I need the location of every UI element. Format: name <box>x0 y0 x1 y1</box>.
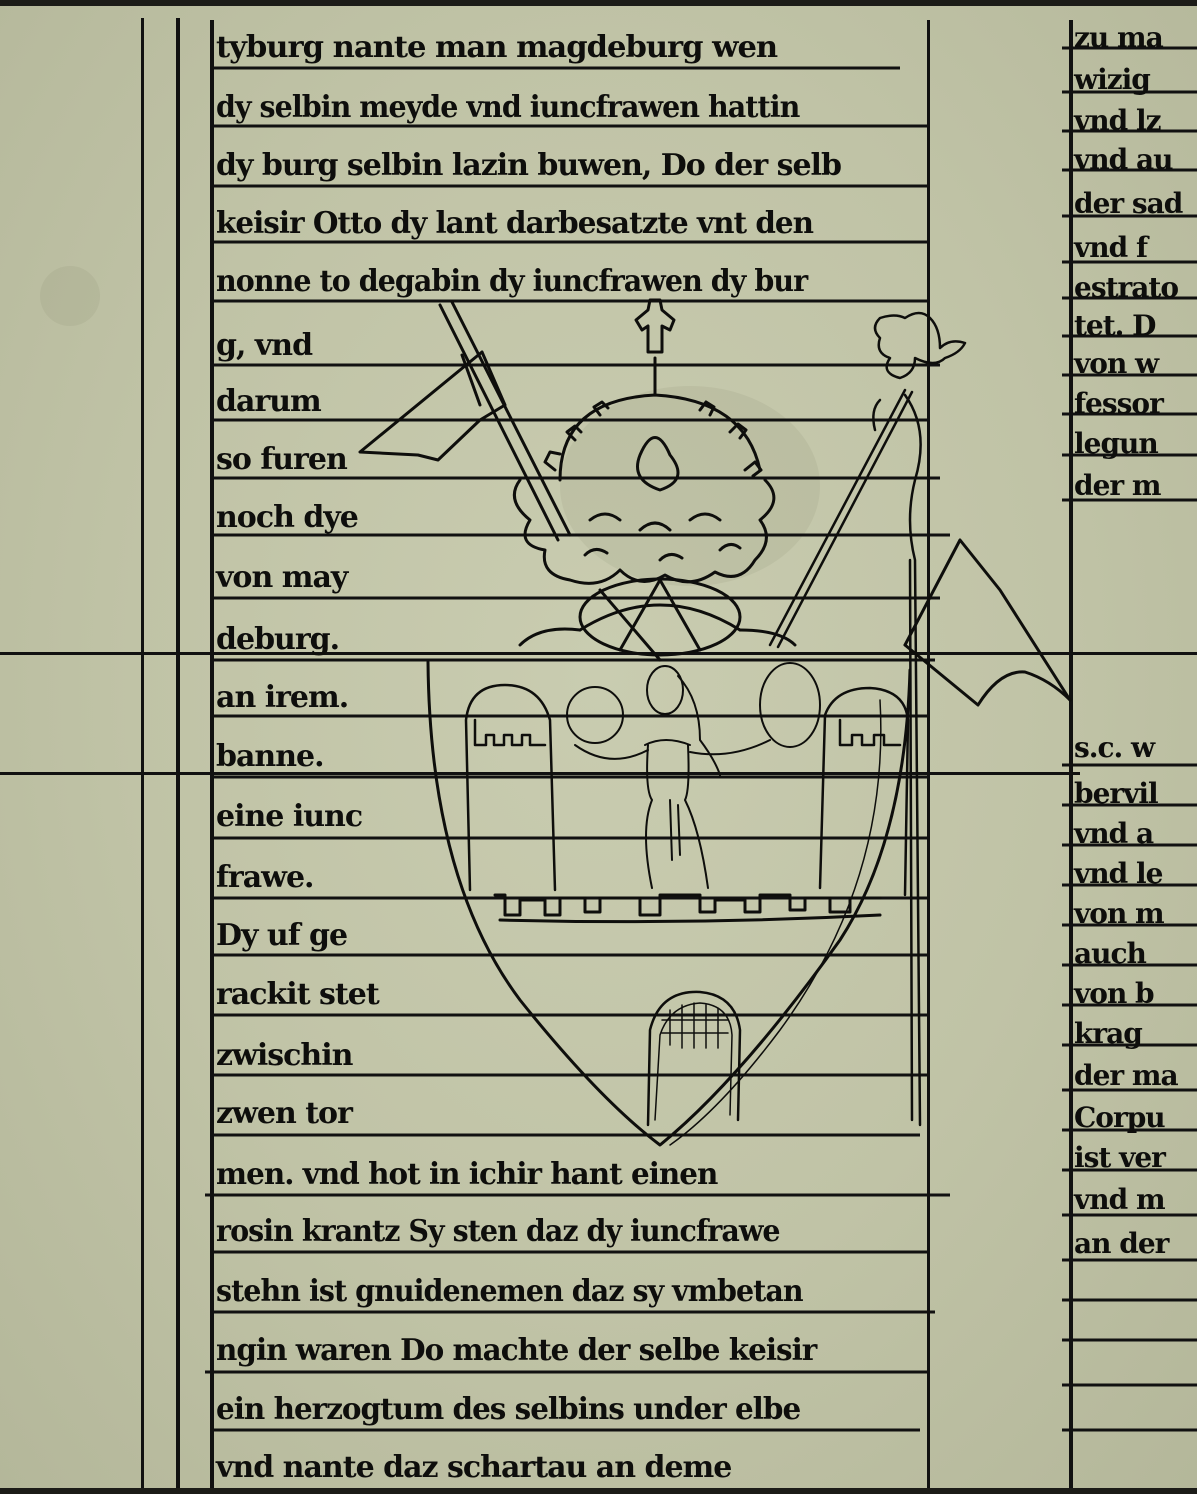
text-fragment: vnd le <box>1074 856 1162 892</box>
text-line: stehn ist gnuidenemen daz sy vmbetan <box>216 1274 803 1310</box>
text-line-narrow: frawe. <box>216 860 314 896</box>
text-fragment: wizig <box>1074 62 1150 98</box>
text-line-narrow: rackit stet <box>216 977 379 1013</box>
crown-with-cross <box>514 300 795 660</box>
text-line: rosin krantz Sy sten daz dy iuncfrawe <box>216 1214 780 1250</box>
text-line-narrow: an irem. <box>216 680 348 716</box>
text-fragment: tet. D <box>1074 308 1155 344</box>
text-line-narrow: noch dye <box>216 500 358 536</box>
text-fragment: Corpu <box>1074 1100 1165 1136</box>
text-fragment: s.c. w <box>1074 730 1154 766</box>
text-line-narrow: zwen tor <box>216 1096 352 1132</box>
text-line-narrow: von may <box>216 560 347 596</box>
text-fragment: krag <box>1074 1016 1142 1052</box>
text-fragment: vnd a <box>1074 816 1153 852</box>
text-line: dy burg selbin lazin buwen, Do der selb <box>216 148 841 184</box>
text-line-narrow: darum <box>216 384 321 420</box>
heraldic-shield <box>428 662 910 1145</box>
manuscript-page: tyburg nante man magdeburg wen dy selbin… <box>0 6 1197 1488</box>
text-fragment: auch <box>1074 936 1146 972</box>
text-line: ein herzogtum des selbins under elbe <box>216 1392 800 1428</box>
text-fragment: von w <box>1074 346 1158 382</box>
text-line-narrow: g, vnd <box>216 328 312 364</box>
text-fragment: der sad <box>1074 186 1182 222</box>
text-line: ngin waren Do machte der selbe keisir <box>216 1333 816 1369</box>
text-line-narrow: zwischin <box>216 1038 352 1074</box>
text-line-narrow: Dy uf ge <box>216 918 347 954</box>
text-fragment: der m <box>1074 468 1161 504</box>
text-fragment: der ma <box>1074 1058 1178 1094</box>
text-line: keisir Otto dy lant darbesatzte vnt den <box>216 206 813 242</box>
text-fragment: estrato <box>1074 270 1178 306</box>
text-fragment: vnd f <box>1074 230 1147 266</box>
text-fragment: legun <box>1074 426 1158 462</box>
text-line-narrow: so furen <box>216 442 347 478</box>
text-line: vnd nante daz schartau an deme <box>216 1450 731 1486</box>
text-fragment: fessor <box>1074 386 1163 422</box>
text-fragment: zu ma <box>1074 20 1163 56</box>
text-fragment: ist ver <box>1074 1140 1165 1176</box>
right-pennant-flag <box>905 540 1070 705</box>
text-line: dy selbin meyde vnd iuncfrawen hattin <box>216 90 799 126</box>
text-fragment: vnd au <box>1074 142 1172 178</box>
text-line: men. vnd hot in ichir hant einen <box>216 1157 717 1193</box>
text-line-narrow: eine iunc <box>216 799 362 835</box>
text-fragment: von b <box>1074 976 1154 1012</box>
text-fragment: vnd m <box>1074 1182 1165 1218</box>
coat-of-arms-drawing <box>360 300 1070 1145</box>
text-line-narrow: banne. <box>216 739 324 775</box>
text-fragment: bervil <box>1074 776 1158 812</box>
text-line: nonne to degabin dy iuncfrawen dy bur <box>216 264 807 300</box>
text-line: tyburg nante man magdeburg wen <box>216 30 777 66</box>
text-line-narrow: deburg. <box>216 622 339 658</box>
text-fragment: an der <box>1074 1226 1168 1262</box>
text-fragment: vnd lz <box>1074 103 1161 139</box>
text-fragment: von m <box>1074 896 1164 932</box>
portcullis-gate <box>648 992 740 1125</box>
